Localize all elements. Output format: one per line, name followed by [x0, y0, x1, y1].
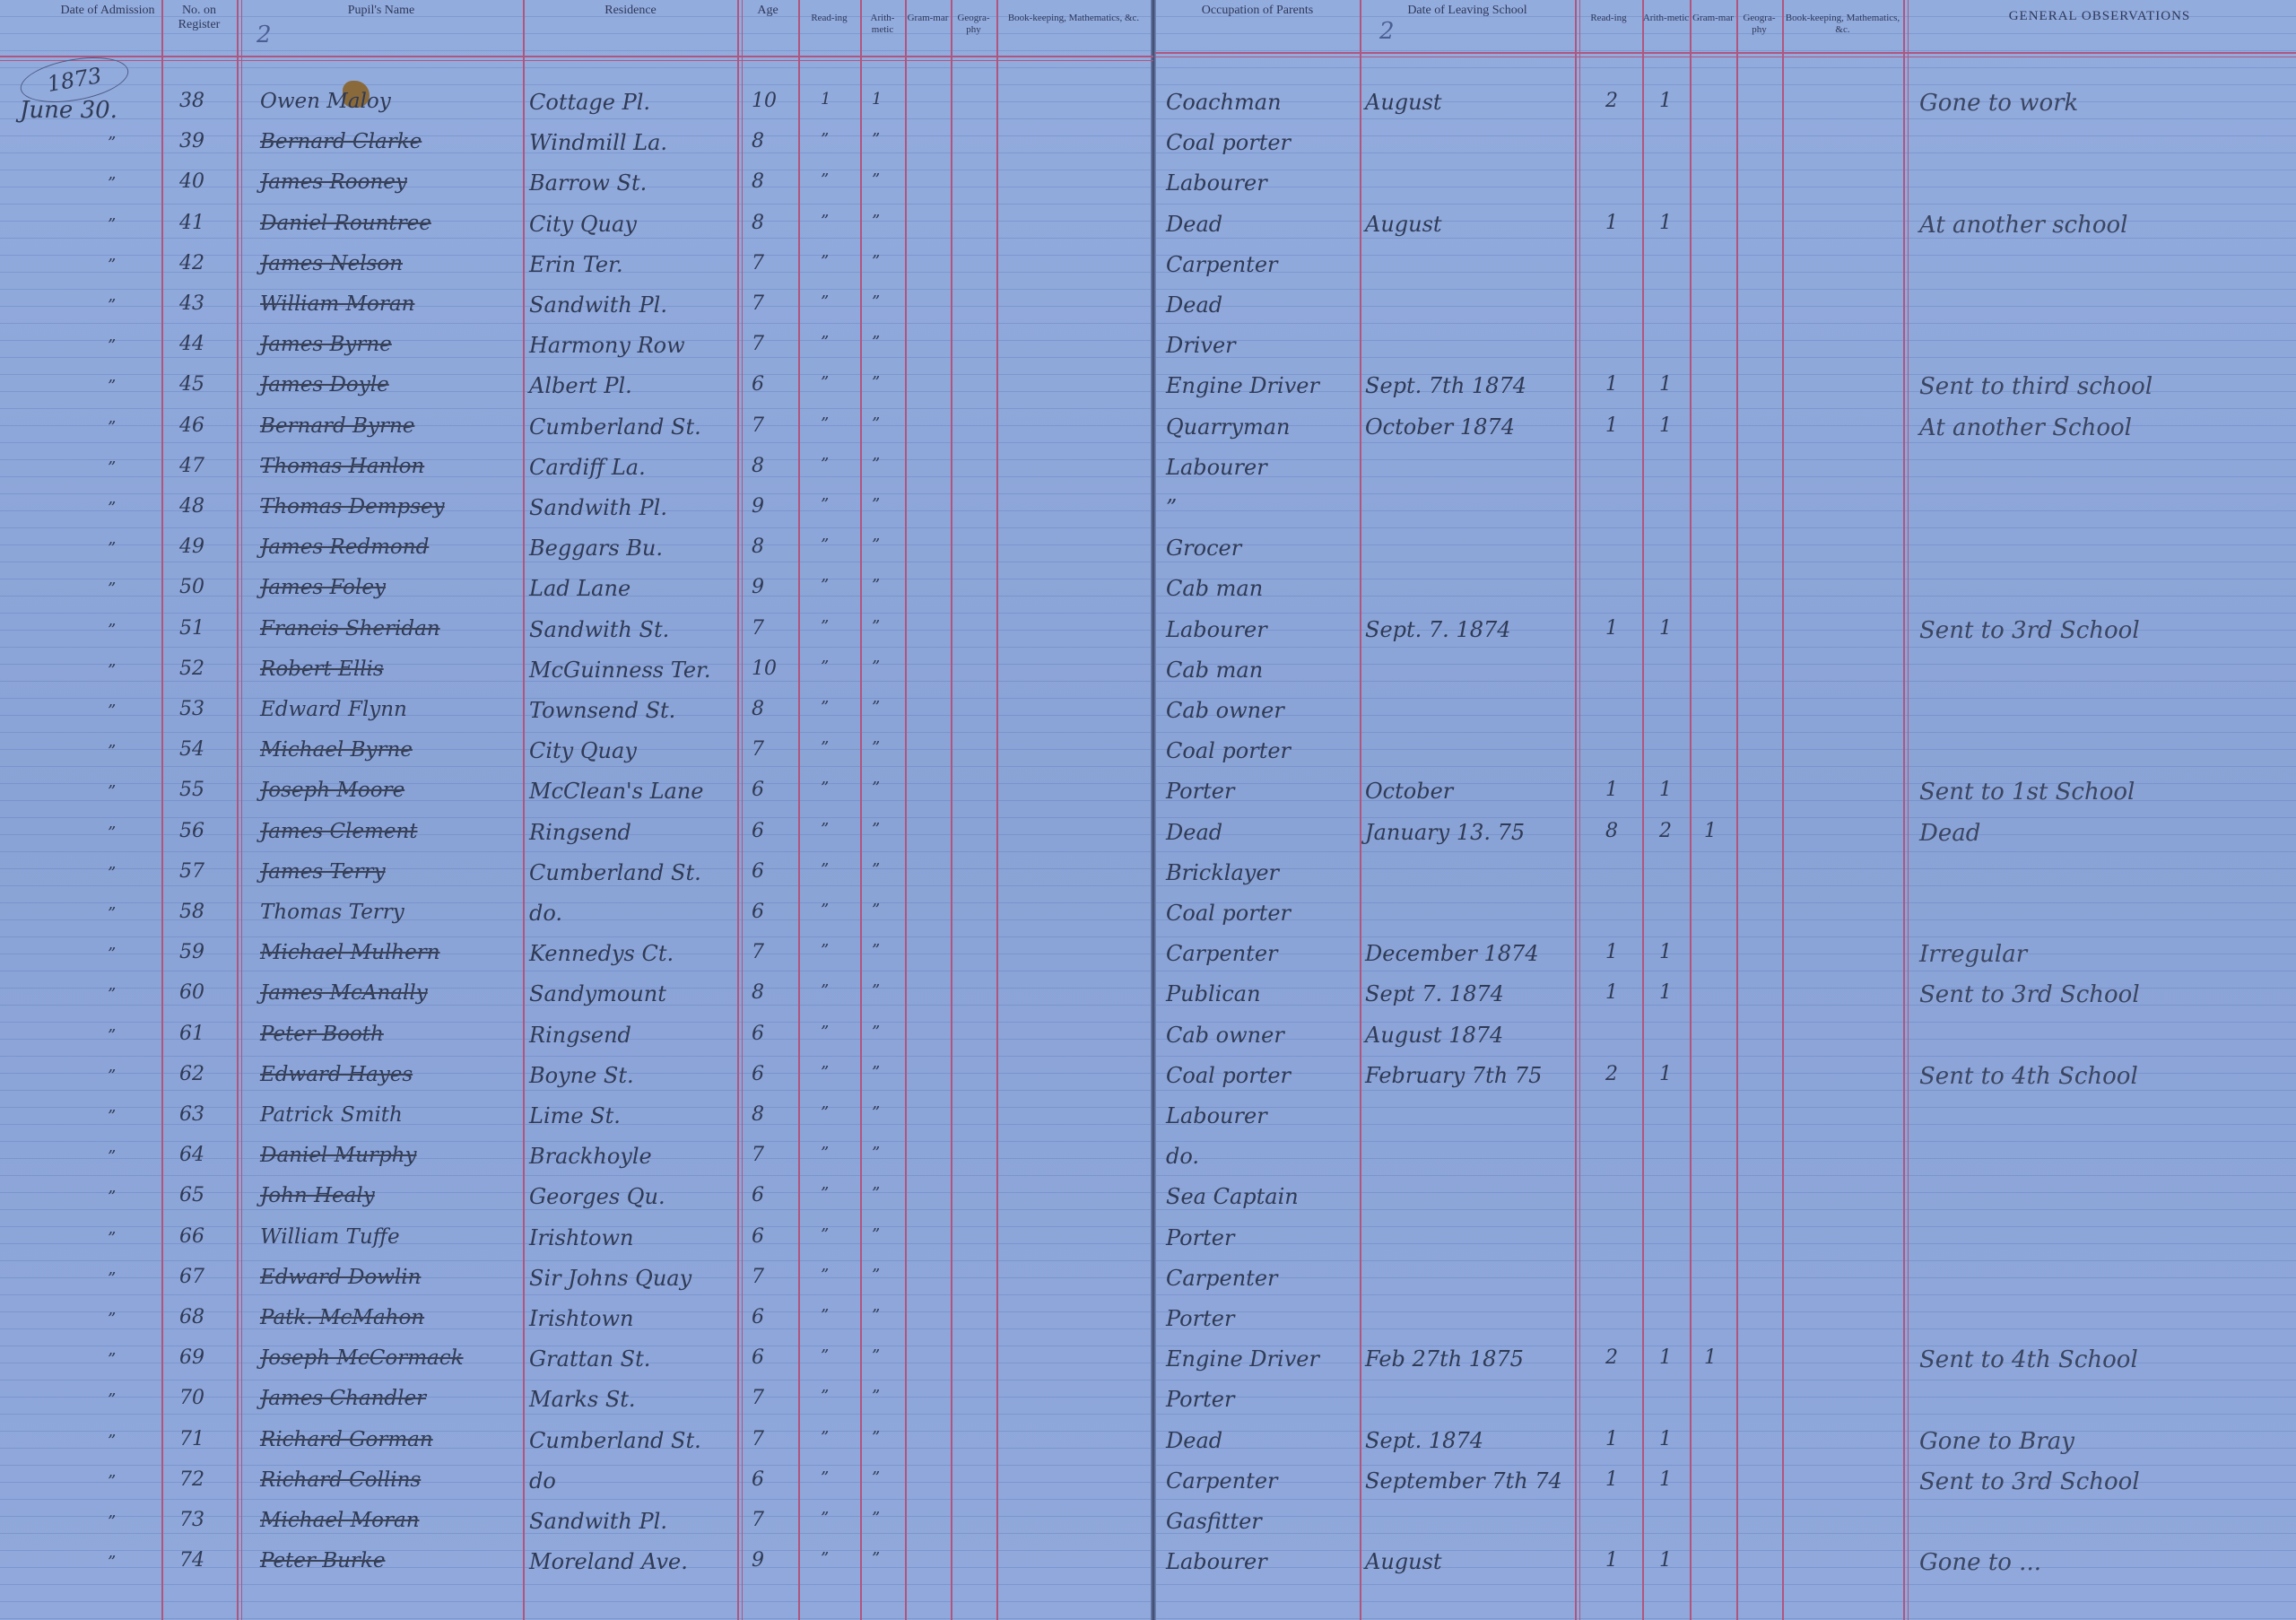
parent-occupation: Dead [1166, 820, 1222, 845]
admission-arithmetic: ” [872, 212, 880, 231]
register-number: 71 [179, 1428, 204, 1450]
register-number: 42 [179, 252, 204, 274]
column-rule [1360, 0, 1361, 1620]
parent-occupation: Driver [1166, 333, 1236, 358]
register-number: 62 [179, 1063, 204, 1085]
age: 10 [752, 658, 777, 680]
pupil-name: Michael Mulhern [260, 941, 440, 964]
leaving-reading: 8 [1605, 820, 1618, 842]
column-rule [951, 0, 952, 1620]
pupil-name: James Doyle [260, 373, 389, 396]
residence: do. [529, 901, 562, 926]
right-page [1155, 0, 2296, 1620]
parent-occupation: Coachman [1166, 90, 1282, 115]
register-number: 64 [179, 1144, 204, 1166]
age: 7 [752, 333, 764, 355]
residence: Windmill La. [529, 130, 667, 155]
admission-reading: ” [821, 170, 829, 189]
column-rule [905, 0, 907, 1620]
leaving-arithmetic: 1 [1659, 212, 1672, 234]
admission-date-ditto: ” [108, 1229, 116, 1248]
admission-reading: ” [821, 1103, 829, 1122]
leaving-arithmetic: 1 [1659, 414, 1672, 437]
admission-date-ditto: ” [108, 256, 116, 274]
admission-arithmetic: ” [872, 1468, 880, 1487]
header-leaving-reading: Read-ing [1575, 13, 1642, 24]
age: 6 [752, 1468, 764, 1491]
residence: McClean's Lane [529, 779, 703, 804]
admission-arithmetic: ” [872, 373, 880, 392]
leaving-reading: 2 [1605, 90, 1618, 112]
general-observation: Sent to 3rd School [1919, 981, 2140, 1008]
leaving-date: August [1365, 1549, 1442, 1574]
admission-reading: ” [821, 212, 829, 231]
admission-date-ditto: ” [108, 499, 116, 518]
residence: Harmony Row [529, 333, 685, 358]
pupil-name: Edward Hayes [260, 1063, 413, 1086]
age: 8 [752, 170, 764, 193]
book-spine [1151, 0, 1156, 1620]
age: 8 [752, 455, 764, 477]
admission-reading: ” [821, 1184, 829, 1203]
pupil-name: Peter Burke [260, 1549, 385, 1572]
leaving-date: Sept. 7. 1874 [1365, 617, 1511, 642]
pupil-name: Francis Sheridan [260, 617, 440, 640]
admission-date-ditto: ” [108, 418, 116, 437]
age: 8 [752, 212, 764, 234]
register-number: 74 [179, 1549, 204, 1572]
residence: Lad Lane [529, 576, 631, 601]
admission-date-ditto: ” [108, 579, 116, 598]
parent-occupation: Carpenter [1166, 252, 1278, 277]
pupil-name: Michael Moran [260, 1509, 420, 1532]
parent-occupation: Porter [1166, 1306, 1234, 1331]
header-geography: Geogra-phy [951, 13, 996, 36]
residence: Townsend St. [529, 698, 675, 723]
age: 6 [752, 373, 764, 396]
admission-reading: ” [821, 1428, 829, 1447]
column-rule [1782, 0, 1784, 1620]
residence: Sandymount [529, 981, 666, 1006]
header-age: Age [737, 4, 798, 18]
leaving-date: October [1365, 779, 1453, 804]
residence: Lime St. [529, 1103, 621, 1128]
admission-date-ditto: ” [108, 1107, 116, 1126]
residence: Boyne St. [529, 1063, 634, 1088]
general-observation: At another school [1919, 212, 2127, 239]
admission-date-ditto: ” [108, 864, 116, 883]
pupil-name: Patk. McMahon [260, 1306, 424, 1329]
parent-occupation: Bricklayer [1166, 860, 1279, 885]
header-occupation-of-parents: Occupation of Parents [1155, 4, 1360, 18]
admission-date-ditto: ” [108, 782, 116, 801]
parent-occupation: Cab man [1166, 658, 1263, 683]
pupil-name: James Byrne [260, 333, 392, 356]
age: 9 [752, 576, 764, 598]
leaving-grammar: 1 [1704, 820, 1717, 842]
header-date-of-leaving: Date of Leaving School [1360, 4, 1575, 18]
parent-occupation: Porter [1166, 1387, 1234, 1412]
admission-reading: 1 [821, 90, 831, 109]
admission-arithmetic: ” [872, 698, 880, 717]
residence: Sandwith Pl. [529, 1509, 667, 1534]
parent-occupation: Coal porter [1166, 1063, 1291, 1088]
column-rule [523, 0, 525, 1620]
pupil-name: Bernard Clarke [260, 130, 422, 153]
admission-arithmetic: 1 [872, 90, 882, 109]
pupil-name: Patrick Smith [260, 1103, 403, 1127]
register-number: 46 [179, 414, 204, 437]
age: 7 [752, 292, 764, 315]
parent-occupation: Coal porter [1166, 901, 1291, 926]
admission-reading: ” [821, 1266, 829, 1285]
register-number: 53 [179, 698, 204, 720]
parent-occupation: Gasfitter [1166, 1509, 1262, 1534]
parent-occupation: Dead [1166, 1428, 1222, 1453]
residence: do [529, 1468, 556, 1494]
leaving-reading: 1 [1605, 1428, 1618, 1450]
admission-date-ditto: ” [108, 904, 116, 923]
leaving-date: January 13. 75 [1365, 820, 1525, 845]
parent-occupation: Labourer [1166, 1549, 1267, 1574]
pupil-name: Daniel Murphy [260, 1144, 417, 1167]
residence: City Quay [529, 212, 637, 237]
pupil-name: William Tuffe [260, 1225, 400, 1249]
leaving-date: Feb 27th 1875 [1365, 1346, 1524, 1372]
admission-arithmetic: ” [872, 1184, 880, 1203]
admission-arithmetic: ” [872, 779, 880, 797]
admission-arithmetic: ” [872, 455, 880, 474]
admission-arithmetic: ” [872, 1428, 880, 1447]
parent-occupation: Dead [1166, 292, 1222, 318]
pupil-name: Richard Collins [260, 1468, 421, 1492]
parent-occupation: Sea Captain [1166, 1184, 1299, 1209]
leaving-reading: 1 [1605, 941, 1618, 963]
parent-occupation: Engine Driver [1166, 373, 1319, 398]
admission-date-ditto: ” [108, 985, 116, 1004]
leaving-reading: 1 [1605, 1549, 1618, 1572]
admission-arithmetic: ” [872, 820, 880, 839]
header-residence: Residence [523, 4, 738, 18]
residence: Cumberland St. [529, 414, 701, 440]
register-number: 63 [179, 1103, 204, 1126]
age: 7 [752, 941, 764, 963]
leaving-date: Sept. 7th 1874 [1365, 373, 1526, 398]
leaving-date: Sept. 1874 [1365, 1428, 1483, 1453]
general-observation: Sent to 4th School [1919, 1346, 2138, 1373]
header-arithmetic: Arith-metic [860, 13, 905, 36]
admission-date-ditto: ” [108, 377, 116, 396]
admission-date-ditto: ” [108, 945, 116, 963]
age: 6 [752, 1346, 764, 1369]
column-rule [860, 0, 862, 1620]
admission-arithmetic: ” [872, 495, 880, 514]
admission-reading: ” [821, 455, 829, 474]
admission-reading: ” [821, 617, 829, 636]
leaving-date: Sept 7. 1874 [1365, 981, 1504, 1006]
pupil-name: Thomas Dempsey [260, 495, 445, 518]
general-observation: Gone to work [1919, 90, 2078, 117]
admission-arithmetic: ” [872, 658, 880, 676]
leaving-arithmetic: 1 [1659, 1346, 1672, 1369]
register-number: 61 [179, 1023, 204, 1045]
leaving-arithmetic: 1 [1659, 617, 1672, 640]
admission-date-ditto: ” [108, 621, 116, 640]
parent-occupation: Grocer [1166, 536, 1241, 561]
age: 6 [752, 1063, 764, 1085]
residence: Cumberland St. [529, 1428, 701, 1453]
admission-reading: ” [821, 495, 829, 514]
general-observation: At another School [1919, 414, 2132, 441]
age: 8 [752, 130, 764, 152]
age: 8 [752, 698, 764, 720]
register-number: 68 [179, 1306, 204, 1328]
pupil-name: Joseph Moore [260, 779, 404, 802]
admission-arithmetic: ” [872, 536, 880, 554]
admission-arithmetic: ” [872, 1225, 880, 1244]
parent-occupation: Quarryman [1166, 414, 1290, 440]
header-general-observations: GENERAL OBSERVATIONS [1903, 9, 2296, 23]
leaving-arithmetic: 1 [1659, 1428, 1672, 1450]
admission-date-ditto: ” [108, 1472, 116, 1491]
residence: Moreland Ave. [529, 1549, 688, 1574]
admission-date-ditto: ” [108, 1390, 116, 1409]
header-leaving-geography: Geogra-phy [1736, 13, 1782, 36]
age: 7 [752, 738, 764, 761]
parent-occupation: Carpenter [1166, 941, 1278, 966]
pupil-name: Owen Maloy [260, 90, 391, 113]
pupil-name: James Redmond [260, 536, 429, 559]
leaving-arithmetic: 1 [1659, 1549, 1672, 1572]
age: 7 [752, 252, 764, 274]
admission-date-ditto: ” [108, 1310, 116, 1328]
residence: Cottage Pl. [529, 90, 650, 115]
parent-occupation: Labourer [1166, 1103, 1267, 1128]
pupil-name: Michael Byrne [260, 738, 413, 762]
register-number: 38 [179, 90, 204, 112]
pupil-name: Daniel Rountree [260, 212, 431, 235]
leaving-arithmetic: 1 [1659, 981, 1672, 1004]
register-number: 56 [179, 820, 204, 842]
admission-reading: ” [821, 1549, 829, 1568]
column-rule [737, 0, 739, 1620]
pupil-name: James Clement [260, 820, 418, 843]
admission-arithmetic: ” [872, 292, 880, 311]
register-number: 60 [179, 981, 204, 1004]
admission-date-ditto: ” [108, 336, 116, 355]
general-observation: Sent to 1st School [1919, 779, 2135, 806]
age: 9 [752, 495, 764, 518]
admission-date-ditto: ” [108, 1553, 116, 1572]
column-rule [161, 0, 163, 1620]
parent-occupation: Labourer [1166, 170, 1267, 196]
admission-date-ditto: ” [108, 1188, 116, 1206]
parent-occupation: ” [1166, 495, 1177, 520]
admission-arithmetic: ” [872, 252, 880, 271]
register-number: 43 [179, 292, 204, 315]
header-rule [1155, 52, 2296, 54]
admission-arithmetic: ” [872, 333, 880, 352]
residence: Marks St. [529, 1387, 636, 1412]
pupil-name: Thomas Hanlon [260, 455, 424, 478]
register-number: 40 [179, 170, 204, 193]
header-leaving-grammar: Gram-mar [1690, 13, 1736, 24]
pupil-name: John Healy [260, 1184, 375, 1207]
admission-arithmetic: ” [872, 1387, 880, 1406]
column-rule [798, 0, 800, 1620]
general-observation: Sent to 4th School [1919, 1063, 2138, 1090]
parent-occupation: Carpenter [1166, 1266, 1278, 1291]
general-observation: Gone to Bray [1919, 1428, 2074, 1455]
header-bookkeeping: Book-keeping, Mathematics, &c. [996, 13, 1151, 24]
age: 7 [752, 1387, 764, 1409]
parent-occupation: Coal porter [1166, 738, 1291, 763]
leaving-arithmetic: 1 [1659, 779, 1672, 801]
register-number: 50 [179, 576, 204, 598]
parent-occupation: Cab owner [1166, 1023, 1284, 1048]
leaving-date: August 1874 [1365, 1023, 1503, 1048]
pupil-name: James Chandler [260, 1387, 426, 1410]
pupil-name: James Foley [260, 576, 386, 599]
pupil-name: Joseph McCormack [260, 1346, 464, 1370]
admission-date-ditto: ” [108, 174, 116, 193]
age: 6 [752, 1184, 764, 1206]
leaving-reading: 1 [1605, 617, 1618, 640]
age: 7 [752, 414, 764, 437]
residence: Sir Johns Quay [529, 1266, 691, 1291]
admission-reading: ” [821, 698, 829, 717]
parent-occupation: do. [1166, 1144, 1199, 1169]
residence: Ringsend [529, 1023, 631, 1048]
parent-occupation: Carpenter [1166, 1468, 1278, 1494]
admission-arithmetic: ” [872, 860, 880, 879]
register-number: 59 [179, 941, 204, 963]
header-date-of-admission: Date of Admission [54, 4, 161, 18]
residence: Sandwith Pl. [529, 292, 667, 318]
register-number: 66 [179, 1225, 204, 1248]
admission-reading: ” [821, 414, 829, 433]
admission-reading: ” [821, 1468, 829, 1487]
register-number: 73 [179, 1509, 204, 1531]
register-number: 54 [179, 738, 204, 761]
residence: Georges Qu. [529, 1184, 665, 1209]
admission-reading: ” [821, 1509, 829, 1528]
admission-reading: ” [821, 820, 829, 839]
register-number: 48 [179, 495, 204, 518]
parent-occupation: Coal porter [1166, 130, 1291, 155]
parent-occupation: Publican [1166, 981, 1261, 1006]
header-reading: Read-ing [798, 13, 860, 24]
header-no-on-register: No. on Register [161, 4, 237, 32]
admission-arithmetic: ” [872, 738, 880, 757]
admission-reading: ” [821, 373, 829, 392]
pupil-name: Thomas Terry [260, 901, 404, 924]
admission-reading: ” [821, 658, 829, 676]
admission-arithmetic: ” [872, 1063, 880, 1082]
admission-date-ditto: ” [108, 701, 116, 720]
admission-date-ditto: ” [108, 1026, 116, 1045]
leaving-date: December 1874 [1365, 941, 1539, 966]
pupil-name: James Rooney [260, 170, 407, 194]
register-number: 47 [179, 455, 204, 477]
admission-reading: ” [821, 1144, 829, 1163]
pupil-name: Robert Ellis [260, 658, 384, 681]
residence: Barrow St. [529, 170, 647, 196]
admission-date-ditto: ” [108, 1512, 116, 1531]
register-number: 41 [179, 212, 204, 234]
age: 6 [752, 860, 764, 883]
admission-date-ditto: ” [108, 1269, 116, 1288]
age: 7 [752, 617, 764, 640]
register-number: 49 [179, 536, 204, 558]
left-page [0, 0, 1155, 1620]
admission-arithmetic: ” [872, 130, 880, 149]
admission-arithmetic: ” [872, 1144, 880, 1163]
admission-arithmetic: ” [872, 941, 880, 960]
leaving-date: September 7th 74 [1365, 1468, 1562, 1494]
admission-arithmetic: ” [872, 1266, 880, 1285]
register-number: 58 [179, 901, 204, 923]
admission-arithmetic: ” [872, 414, 880, 433]
parent-occupation: Engine Driver [1166, 1346, 1319, 1372]
residence: McGuinness Ter. [529, 658, 711, 683]
leaving-reading: 1 [1605, 779, 1618, 801]
leaving-arithmetic: 1 [1659, 1468, 1672, 1491]
header-rule [0, 56, 1153, 57]
leaving-date: February 7th 75 [1365, 1063, 1542, 1088]
header-leaving-bookkeeping: Book-keeping, Mathematics, &c. [1782, 13, 1903, 36]
column-rule [1903, 0, 1905, 1620]
residence: Cumberland St. [529, 860, 701, 885]
general-observation: Dead [1919, 820, 1980, 847]
residence: Sandwith Pl. [529, 495, 667, 520]
residence: Erin Ter. [529, 252, 623, 277]
general-observation: Sent to 3rd School [1919, 617, 2140, 644]
parent-occupation: Porter [1166, 1225, 1234, 1250]
admission-reading: ” [821, 536, 829, 554]
register-number: 39 [179, 130, 204, 152]
admission-reading: ” [821, 901, 829, 919]
admission-arithmetic: ” [872, 1103, 880, 1122]
age: 7 [752, 1144, 764, 1166]
admission-date-ditto: ” [108, 1432, 116, 1450]
leaving-date: August [1365, 90, 1442, 115]
parent-occupation: Labourer [1166, 617, 1267, 642]
admission-arithmetic: ” [872, 576, 880, 595]
parent-occupation: Dead [1166, 212, 1222, 237]
residence: Kennedys Ct. [529, 941, 674, 966]
parent-occupation: Cab man [1166, 576, 1263, 601]
pupil-name: Edward Dowlin [260, 1266, 421, 1289]
age: 7 [752, 1509, 764, 1531]
header-leaving-arithmetic: Arith-metic [1642, 13, 1690, 24]
admission-reading: ” [821, 1346, 829, 1365]
admission-reading: ” [821, 1387, 829, 1406]
leaving-arithmetic: 1 [1659, 941, 1672, 963]
admission-date-ditto: ” [108, 215, 116, 234]
admission-reading: ” [821, 130, 829, 149]
register-number: 45 [179, 373, 204, 396]
age: 6 [752, 1306, 764, 1328]
leaving-date: August [1365, 212, 1442, 237]
register-number: 55 [179, 779, 204, 801]
admission-arithmetic: ” [872, 1509, 880, 1528]
leaving-arithmetic: 2 [1659, 820, 1672, 842]
admission-date-ditto: ” [108, 742, 116, 761]
pupil-name: Bernard Byrne [260, 414, 414, 438]
leaving-reading: 1 [1605, 414, 1618, 437]
age: 6 [752, 779, 764, 801]
